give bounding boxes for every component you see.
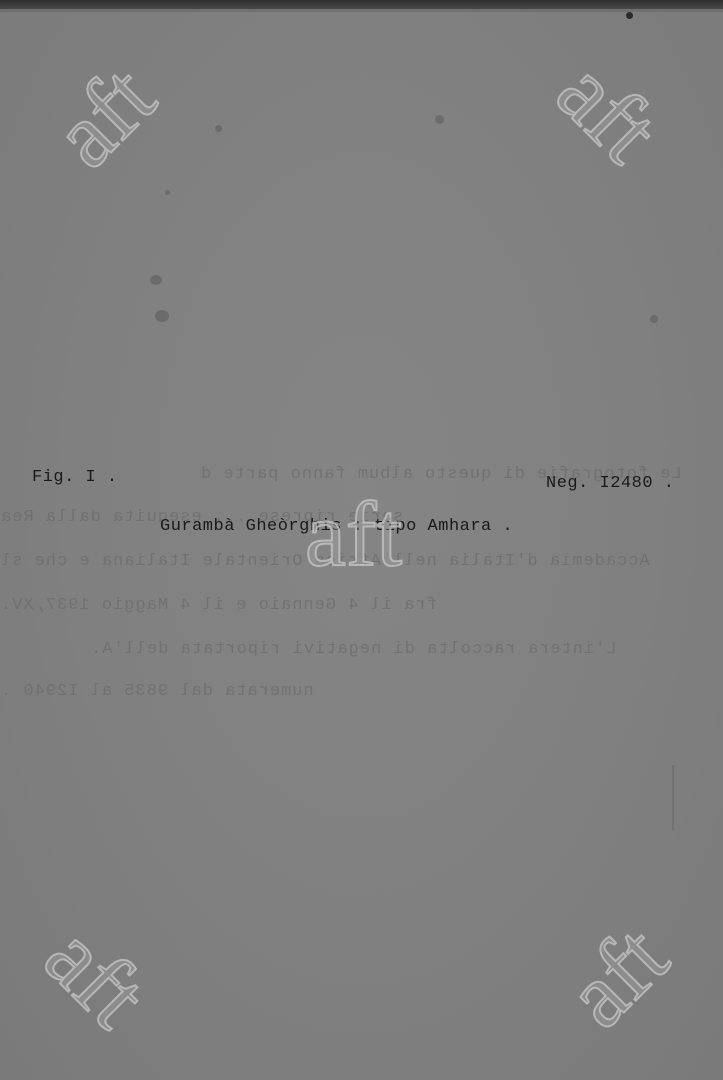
ink-spot <box>626 12 633 19</box>
scanned-page: Le fotografie di questo album fanno part… <box>0 0 723 1080</box>
watermark-logo: aft <box>37 49 171 183</box>
bleed-line: numerata dal 9835 al I2940 . <box>0 682 314 701</box>
negative-number: Neg. I2480 . <box>546 474 674 493</box>
scratch-mark <box>672 765 674 830</box>
stain <box>165 190 170 195</box>
watermark-logo: aft <box>550 909 684 1043</box>
watermark-logo: aft <box>30 909 164 1043</box>
watermark-logo: aft <box>305 488 402 580</box>
page-top-edge <box>0 0 723 9</box>
stain <box>150 275 162 285</box>
page-fold-line <box>0 9 723 12</box>
stain <box>650 315 658 323</box>
watermark-logo: aft <box>542 44 676 178</box>
stain <box>435 115 444 124</box>
bleed-line: fra il 4 Gennaio e il 4 Maggio 1937,XV. <box>0 596 437 615</box>
stain <box>155 310 169 322</box>
figure-label: Fig. I . <box>32 468 118 487</box>
stain <box>215 125 222 132</box>
bleed-line: L'intera raccolta di negativi riportata … <box>90 640 616 659</box>
